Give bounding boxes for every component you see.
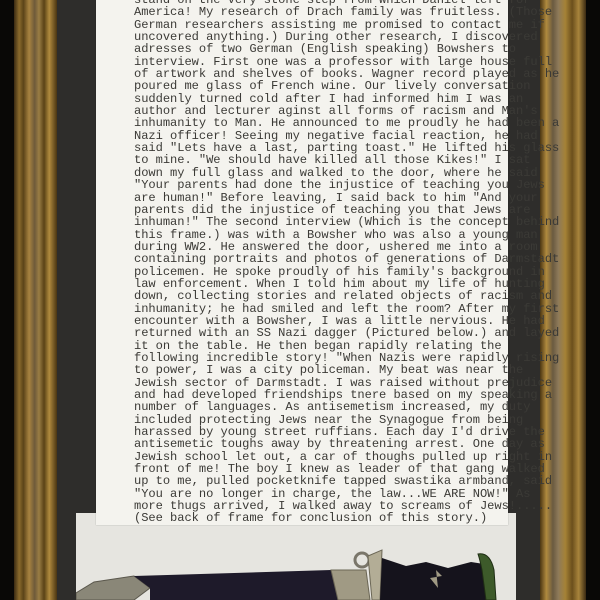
letter-line: inhuman!" The second interview (Which is… [134, 216, 574, 228]
dagger-icon [76, 530, 516, 600]
typed-letter: stand on the very stone step from which … [96, 0, 508, 525]
letter-line: antisemetic toughs away by threatening a… [134, 438, 574, 450]
letter-text: stand on the very stone step from which … [134, 0, 574, 525]
letter-line: returned with an SS Nazi dagger (Picture… [134, 327, 574, 339]
letter-line: (See back of frame for conclusion of thi… [134, 512, 574, 524]
letter-line: "Your parents had done the injustice of … [134, 179, 574, 191]
letter-line: poured me glass of French wine. Our live… [134, 80, 574, 92]
letter-line: to power, I was a city policeman. My bea… [134, 364, 574, 376]
letter-line: America! My research of Drach family was… [134, 6, 574, 18]
letter-line: adresses of two German (English speaking… [134, 43, 574, 55]
letter-line: inhumanity to Man. He announced to me pr… [134, 117, 574, 129]
letter-line: containing portraits and photos of gener… [134, 253, 574, 265]
letter-line: down, collecting stories and related obj… [134, 290, 574, 302]
letter-line: number of languages. As antisemetism inc… [134, 401, 574, 413]
letter-line: are human!" Before leaving, I said back … [134, 192, 574, 204]
letter-line: to mine. "We should have killed all thos… [134, 154, 574, 166]
frame-left-edge [14, 0, 57, 600]
letter-line: up to me, pulled pocketknife tapped swas… [134, 475, 574, 487]
